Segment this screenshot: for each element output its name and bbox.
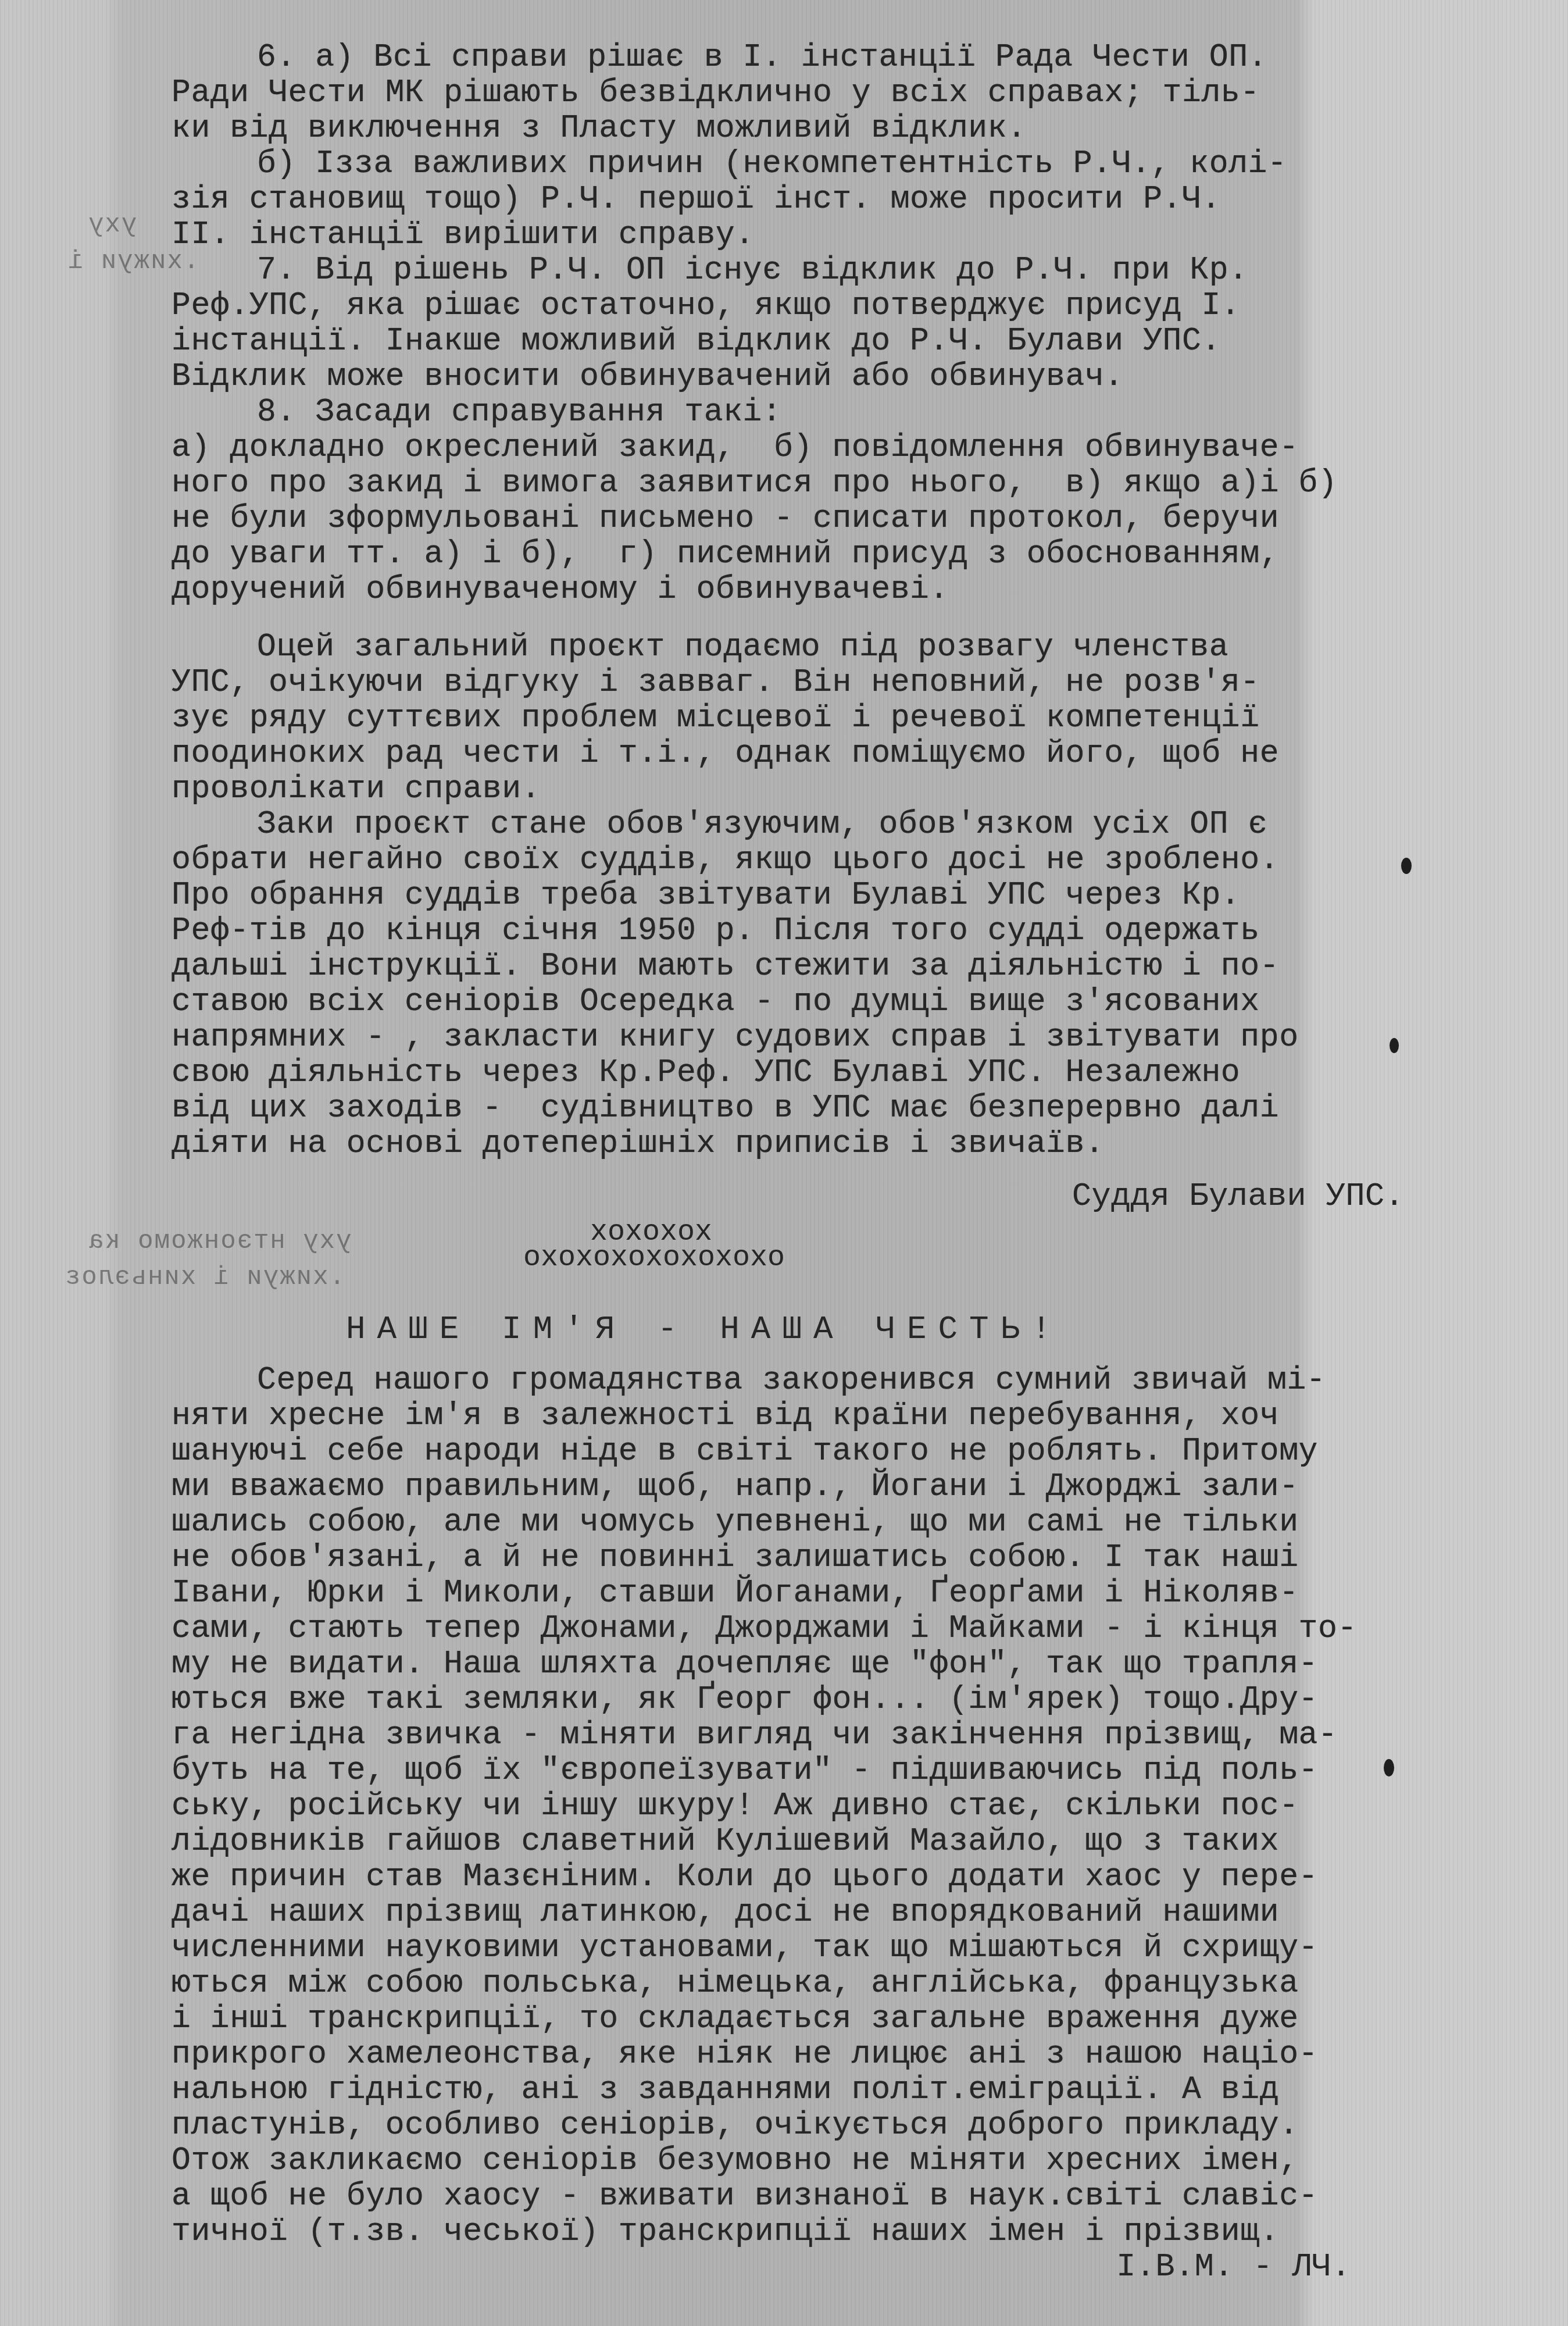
text-line: доручений обвинуваченому і обвинувачеві. bbox=[172, 572, 1442, 607]
text-line: а) докладно окреслений закид, б) повідом… bbox=[172, 430, 1442, 465]
ink-blot bbox=[1401, 858, 1412, 874]
text-line: а щоб не було хаосу - вживати визнаної в… bbox=[172, 2178, 1442, 2214]
text-line: Ради Чести МК рішають безвідклично у всі… bbox=[172, 75, 1442, 110]
text-line: ставою всіх сеніорів Осередка - по думці… bbox=[172, 984, 1442, 1019]
ink-blot bbox=[1390, 1038, 1399, 1053]
text-line: не були зформульовані письмено - списати… bbox=[172, 501, 1442, 536]
text-line: ки від виключення з Пласту можливий відк… bbox=[172, 110, 1442, 146]
text-line: 8. Засади справування такі: bbox=[172, 394, 1442, 430]
text-line: до уваги тт. а) і б), г) писемний присуд… bbox=[172, 536, 1442, 572]
text-line: прикрого хамелеонства, яке ніяк не лицює… bbox=[172, 2036, 1442, 2072]
text-line: шануючі себе народи ніде в світі такого … bbox=[172, 1433, 1442, 1469]
text-line: проволікати справи. bbox=[172, 771, 1442, 807]
text-line: нальною гідністю, ані з завданнями політ… bbox=[172, 2072, 1442, 2107]
text-line: сами, стають тепер Джонами, Джорджами і … bbox=[172, 1611, 1442, 1646]
text-line: дачі наших прізвищ латинкою, досі не впо… bbox=[172, 1895, 1442, 1930]
ink-blot bbox=[1384, 1759, 1394, 1776]
article-body: Серед нашого громадянства закоренився су… bbox=[172, 1362, 1468, 2249]
article-title: НАШЕ ІМ'Я - НАША ЧЕСТЬ! bbox=[172, 1312, 1468, 1347]
text-line: 7. Від рішень Р.Ч. ОП існує відклик до Р… bbox=[172, 252, 1442, 288]
text-line: Відклик може вносити обвинувачений або о… bbox=[172, 359, 1442, 394]
text-line: тичної (т.зв. чеської) транскрипції наши… bbox=[172, 2214, 1442, 2249]
text-line: Заки проєкт стане обов'язуючим, обов'язк… bbox=[172, 807, 1442, 842]
text-line: шались собою, але ми чомусь упевнені, що… bbox=[172, 1504, 1442, 1540]
divider-top: хохохох bbox=[172, 1220, 1468, 1246]
text-line: напрямних - , закласти книгу судових спр… bbox=[172, 1019, 1442, 1055]
text-line: свою діяльність через Кр.Реф. УПС Булаві… bbox=[172, 1055, 1442, 1090]
text-line: Отож закликаємо сеніорів безумовно не мі… bbox=[172, 2143, 1442, 2178]
text-line: ного про закид і вимога заявитися про нь… bbox=[172, 465, 1442, 501]
text-line: 6. а) Всі справи рішає в І. інстанції Ра… bbox=[172, 40, 1442, 75]
text-line: пластунів, особливо сеніорів, очікується… bbox=[172, 2107, 1442, 2143]
text-line: численними науковими установами, так що … bbox=[172, 1930, 1442, 1965]
text-line: же причин став Мазєніним. Коли до цього … bbox=[172, 1859, 1442, 1895]
text-line: дальші інструкції. Вони мають стежити за… bbox=[172, 948, 1442, 984]
text-line: не обов'язані, а й не повинні залишатись… bbox=[172, 1540, 1442, 1575]
text-line: від цих заходів - судівництво в УПС має … bbox=[172, 1090, 1442, 1126]
proposal-section: Оцей загальний проєкт подаємо під розваг… bbox=[172, 629, 1468, 1161]
text-line: му не видати. Наша шляхта дочепляє ще "ф… bbox=[172, 1646, 1442, 1682]
text-line: Серед нашого громадянства закоренився су… bbox=[172, 1362, 1442, 1398]
text-line: Реф.УПС, яка рішає остаточно, якщо потве… bbox=[172, 288, 1442, 323]
text-line: няти хресне ім'я в залежності від країни… bbox=[172, 1398, 1442, 1433]
text-line: поодиноких рад чести і т.і., однак поміщ… bbox=[172, 736, 1442, 771]
document-body: 6. а) Всі справи рішає в І. інстанції Ра… bbox=[172, 40, 1468, 2285]
text-line: обрати негайно своїх суддів, якщо цього … bbox=[172, 842, 1442, 877]
text-line: Про обрання суддів треба звітувати Булав… bbox=[172, 877, 1442, 913]
divider-bottom: охохохохохохохо bbox=[172, 1246, 1468, 1271]
text-line: інстанції. Інакше можливий відклик до Р.… bbox=[172, 323, 1442, 359]
bleed-through-text: уху bbox=[87, 211, 137, 240]
text-line: буть на те, щоб їх "європеїзувати" - під… bbox=[172, 1753, 1442, 1788]
text-line: б) Ізза важливих причин (некомпетентніст… bbox=[172, 146, 1442, 181]
text-line: лідовників гайшов славетний Кулішевий Ма… bbox=[172, 1824, 1442, 1859]
text-line: ми вважаємо правильним, щоб, напр., Йога… bbox=[172, 1469, 1442, 1504]
text-line: ються вже такі земляки, як Ґеорг фон... … bbox=[172, 1682, 1442, 1717]
text-line: га негідна звичка - міняти вигляд чи зак… bbox=[172, 1717, 1442, 1753]
text-line: УПС, очікуючи відгуку і завваг. Він непо… bbox=[172, 665, 1442, 700]
text-line: ІІ. інстанції вирішити справу. bbox=[172, 217, 1442, 252]
text-line: ську, російську чи іншу шкуру! Аж дивно … bbox=[172, 1788, 1442, 1824]
text-line: зія становищ тощо) Р.Ч. першої інст. мож… bbox=[172, 181, 1442, 217]
judge-signature: Суддя Булави УПС. bbox=[172, 1179, 1468, 1214]
text-line: Івани, Юрки і Миколи, ставши Йоганами, Ґ… bbox=[172, 1575, 1442, 1611]
text-line: зує ряду суттєвих проблем місцевої і реч… bbox=[172, 700, 1442, 736]
text-line: Оцей загальний проєкт подаємо під розваг… bbox=[172, 629, 1442, 665]
text-line: діяти на основі дотеперішніх приписів і … bbox=[172, 1126, 1442, 1161]
regulations-section: 6. а) Всі справи рішає в І. інстанції Ра… bbox=[172, 40, 1468, 607]
article-signature: І.В.М. - ЛЧ. bbox=[172, 2249, 1468, 2285]
text-line: і інші транскрипції, то складається зага… bbox=[172, 2001, 1442, 2036]
text-line: ються між собою польська, німецька, англ… bbox=[172, 1965, 1442, 2001]
text-line: Реф-тів до кінця січня 1950 р. Після тог… bbox=[172, 913, 1442, 948]
